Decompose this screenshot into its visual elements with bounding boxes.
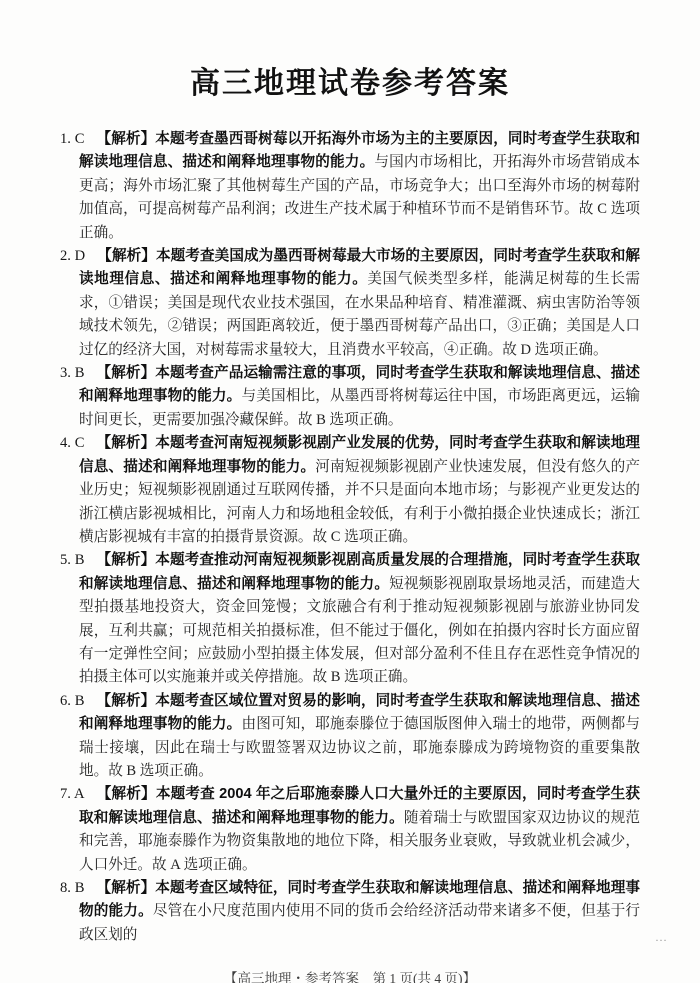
- page-title: 高三地理试卷参考答案: [0, 0, 700, 104]
- scan-artifact-mark: …: [655, 930, 668, 945]
- question-number-and-answer: 2. D: [60, 248, 97, 264]
- question-number-and-answer: 1. C: [60, 131, 96, 147]
- answer-key-page: 高三地理试卷参考答案 1. C【解析】本题考查墨西哥树莓以开拓海外市场为主的主要…: [0, 0, 700, 983]
- analysis-explanation: 尽管在小尺度范围内使用不同的货币会给经济活动带来诸多不便，但基于行政区划的: [79, 903, 640, 942]
- answer-item: 2. D【解析】本题考查美国成为墨西哥树莓最大市场的主要原因，同时考查学生获取和…: [60, 245, 640, 362]
- question-number-and-answer: 6. B: [60, 693, 96, 709]
- page-footer: 【高三地理・参考答案 第 1 页(共 4 页)】: [0, 969, 700, 983]
- answer-item-list: 1. C【解析】本题考查墨西哥树莓以开拓海外市场为主的主要原因，同时考查学生获取…: [60, 128, 640, 947]
- question-number-and-answer: 8. B: [60, 880, 96, 896]
- question-number-and-answer: 7. A: [60, 786, 97, 802]
- answer-item: 1. C【解析】本题考查墨西哥树莓以开拓海外市场为主的主要原因，同时考查学生获取…: [60, 128, 640, 245]
- footer-text: 【高三地理・参考答案 第 1 页(共 4 页)】: [224, 971, 476, 983]
- answer-item: 6. B【解析】本题考查区域位置对贸易的影响，同时考查学生获取和解读地理信息、描…: [60, 690, 640, 784]
- answer-item: 5. B【解析】本题考查推动河南短视频影视剧高质量发展的合理措施，同时考查学生获…: [60, 549, 640, 689]
- analysis-explanation: 短视频影视剧取景场地灵活，而建造大型拍摄基地投资大，资金回笼慢；文旅融合有利于推…: [79, 576, 640, 686]
- question-number-and-answer: 5. B: [60, 552, 96, 568]
- question-number-and-answer: 3. B: [60, 365, 96, 381]
- question-number-and-answer: 4. C: [60, 435, 96, 451]
- answer-item: 4. C【解析】本题考查河南短视频影视剧产业发展的优势，同时考查学生获取和解读地…: [60, 432, 640, 549]
- answer-item: 8. B【解析】本题考查区域特征，同时考查学生获取和解读地理信息、描述和阐释地理…: [60, 877, 640, 947]
- answer-item: 7. A【解析】本题考查 2004 年之后耶施泰滕人口大量外迁的主要原因，同时考…: [60, 783, 640, 877]
- answer-item: 3. B【解析】本题考查产品运输需注意的事项，同时考查学生获取和解读地理信息、描…: [60, 362, 640, 432]
